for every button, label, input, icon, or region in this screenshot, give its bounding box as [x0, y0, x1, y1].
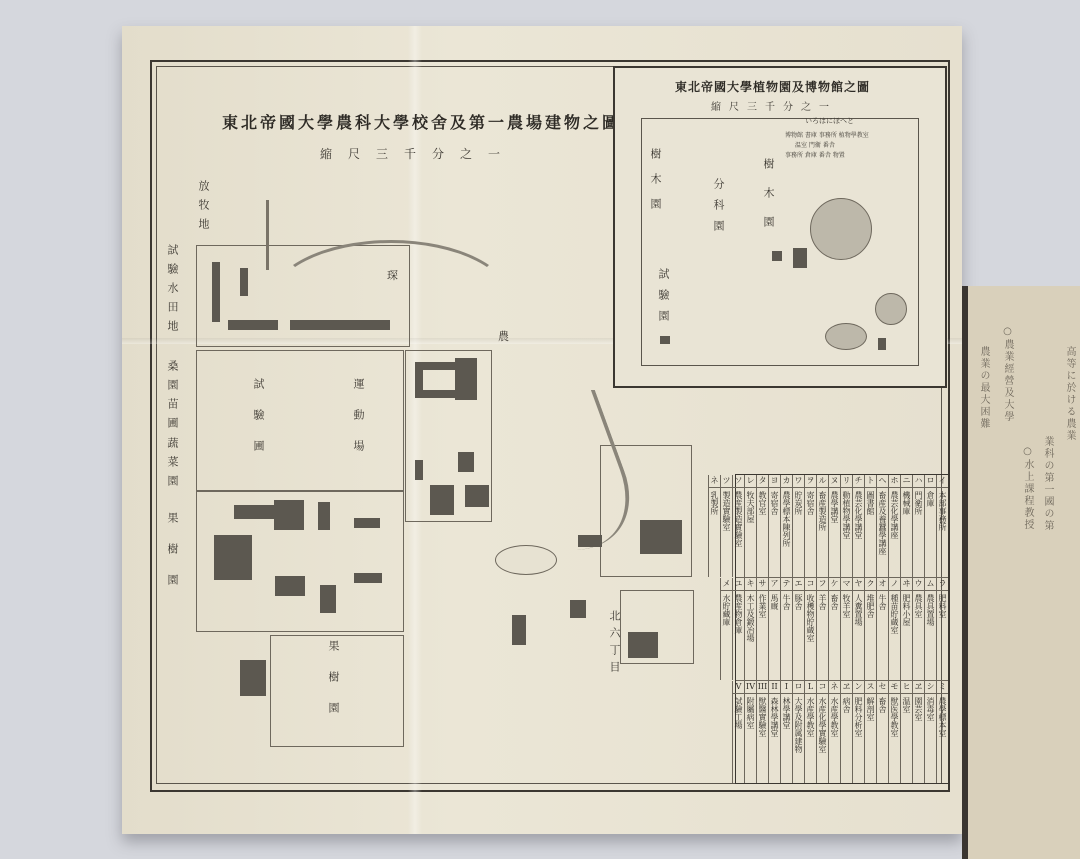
- inset-pond: [875, 293, 907, 325]
- legend-value: 水産化學實驗室: [817, 694, 828, 783]
- legend-value: 寄宿舎: [769, 488, 780, 577]
- legend-value: 消毒室: [925, 694, 936, 783]
- inset-map: 東北帝國大學植物園及博物館之圖 縮尺三千分之一 樹木園 分科園 試驗園 樹木園 …: [613, 66, 947, 388]
- building: [465, 485, 489, 507]
- label-test-garden: 試驗園: [655, 268, 671, 331]
- legend-value: 農芸化學講堂: [853, 488, 864, 577]
- legend-entry: ム農具置場: [924, 578, 936, 680]
- legend-key: III: [757, 681, 768, 694]
- legend-entry: ア馬廐: [768, 578, 780, 680]
- legend-entry: ヲ寄宿舎: [804, 475, 816, 577]
- legend-entry: キ木工及鍛冶場: [744, 578, 756, 680]
- legend-entry: セ畜舎: [876, 681, 888, 783]
- inset-pond: [825, 323, 867, 350]
- building: [234, 505, 274, 519]
- legend-key: セ: [877, 681, 888, 694]
- legend-value: 林學講堂: [781, 694, 792, 783]
- legend-key: ミ: [937, 681, 948, 694]
- canal: [266, 200, 269, 270]
- inset-building: [660, 336, 670, 344]
- legend-value: 農學標本陳列所: [781, 488, 792, 577]
- label-vegetable: 蔬菜園: [164, 437, 180, 494]
- building-legend-table: イ本部事務所ロ倉庫ハ門衛所ニ機械庫ホ農芸化學講座ヘ畜産及養蠶學講座ト圖書館チ農芸…: [735, 474, 949, 784]
- legend-row: ラ肥料室ム農具置場ウ農具室ヰ肥料小屋ノ種苗貯蔵室オ牛舎ク堆肥舎ヤ人糞置場マ牧羊室…: [736, 578, 948, 681]
- legend-value: 馬廐: [769, 591, 780, 680]
- right-page-text: 業科の第一國の第: [1040, 436, 1055, 816]
- legend-key: ソ: [733, 475, 744, 488]
- inset-legend-row: 博物館 書庫 事務所 植物學教室: [785, 130, 869, 139]
- legend-entry: V試驗工場: [732, 681, 744, 783]
- legend-value: 病舎: [841, 694, 852, 783]
- legend-entry: ヤ人糞置場: [852, 578, 864, 680]
- legend-entry: IV附屬病室: [744, 681, 756, 783]
- legend-value: 大學及附属建物: [793, 694, 804, 783]
- inset-scale: 縮尺三千分之一: [711, 98, 837, 113]
- legend-key: メ: [721, 578, 732, 591]
- legend-key: ノ: [889, 578, 900, 591]
- legend-entry: ヰ肥料小屋: [900, 578, 912, 680]
- legend-entry: ネ乳製所: [708, 475, 720, 577]
- legend-key: ヱ: [841, 681, 852, 694]
- legend-entry: レ牧夫部屋: [744, 475, 756, 577]
- legend-value: 木工及鍛冶場: [745, 591, 756, 680]
- building: [640, 520, 682, 554]
- label-arboretum-right: 樹木園: [760, 158, 776, 245]
- legend-key: ヱ: [913, 681, 924, 694]
- legend-entry: ハ門衛所: [912, 475, 924, 577]
- legend-value: 畜舎: [829, 591, 840, 680]
- legend-key: ロ: [793, 681, 804, 694]
- legend-value: 肥料室: [937, 591, 948, 680]
- label-mulberry: 桑園: [164, 360, 180, 398]
- inset-legend-kana: いろはにほへと: [805, 116, 854, 126]
- legend-value: 圖書館: [865, 488, 876, 577]
- legend-key: IV: [745, 681, 756, 694]
- legend-value: 水産學教室: [805, 694, 816, 783]
- legend-key: ニ: [901, 475, 912, 488]
- legend-key: テ: [781, 578, 792, 591]
- inset-building: [878, 338, 886, 350]
- legend-value: 農學標本室: [937, 694, 948, 783]
- legend-key: ス: [865, 681, 876, 694]
- legend-row: イ本部事務所ロ倉庫ハ門衛所ニ機械庫ホ農芸化學講座ヘ畜産及養蠶學講座ト圖書館チ農芸…: [736, 475, 948, 578]
- legend-value: 森林學講堂: [769, 694, 780, 783]
- inset-inner-frame: [641, 118, 919, 366]
- pond: [495, 545, 557, 575]
- legend-key: マ: [841, 578, 852, 591]
- legend-entry: コ收穫物貯蔵室: [804, 578, 816, 680]
- building: [240, 660, 266, 696]
- building: [240, 268, 248, 296]
- right-page-text: 農業の最大困難: [976, 346, 991, 646]
- legend-value: 解剖室: [865, 694, 876, 783]
- legend-key: ハ: [913, 475, 924, 488]
- legend-entry: ヱ園芸室: [912, 681, 924, 783]
- building: [354, 518, 380, 528]
- legend-entry: タ教官室: [756, 475, 768, 577]
- label-arboretum: 樹木園: [647, 148, 663, 223]
- legend-key: サ: [757, 578, 768, 591]
- inset-building: [772, 251, 782, 261]
- building: [228, 320, 278, 330]
- legend-key: コ: [817, 681, 828, 694]
- legend-value: 牛舎: [781, 591, 792, 680]
- legend-entry: ロ倉庫: [924, 475, 936, 577]
- legend-value: 人糞置場: [853, 591, 864, 680]
- legend-key: ラ: [937, 578, 948, 591]
- legend-key: ヘ: [877, 475, 888, 488]
- legend-entry: ワ貯炭所: [792, 475, 804, 577]
- building: [415, 362, 423, 398]
- inset-title: 東北帝國大學植物園及博物館之圖: [675, 78, 870, 95]
- legend-key: チ: [853, 475, 864, 488]
- legend-value: 牧羊室: [841, 591, 852, 680]
- legend-key: V: [733, 681, 744, 694]
- building: [290, 320, 390, 330]
- legend-value: 倉庫: [925, 488, 936, 577]
- legend-value: 農産物倉庫: [733, 591, 744, 680]
- legend-key: キ: [745, 578, 756, 591]
- book-right-page: 農業の最大困難 ○農業經營及大學 ○水上課程教授 業科の第一國の第 高等に於ける…: [962, 286, 1080, 859]
- legend-entry: コ水産化學實驗室: [816, 681, 828, 783]
- legend-entry: ク堆肥舎: [864, 578, 876, 680]
- legend-entry: ヱ病舎: [840, 681, 852, 783]
- legend-key: ネ: [829, 681, 840, 694]
- legend-key: ホ: [889, 475, 900, 488]
- legend-key: エ: [793, 578, 804, 591]
- label-paddy: 試驗水田地: [164, 244, 180, 339]
- building: [570, 600, 586, 618]
- legend-entry: テ牛舎: [780, 578, 792, 680]
- legend-key: シ: [925, 681, 936, 694]
- legend-value: 門衛所: [913, 488, 924, 577]
- legend-value: 作業室: [757, 591, 768, 680]
- inset-pond: [810, 198, 872, 260]
- legend-entry: ト圖書館: [864, 475, 876, 577]
- legend-entry: ネ水産學教室: [828, 681, 840, 783]
- legend-value: 收穫物貯蔵室: [805, 591, 816, 680]
- legend-value: 畜産製造所: [817, 488, 828, 577]
- legend-key: カ: [781, 475, 792, 488]
- legend-entry: イ本部事務所: [936, 475, 948, 577]
- legend-entry: リ動植物學講堂: [840, 475, 852, 577]
- legend-value: 畜舎: [877, 694, 888, 783]
- building: [628, 632, 658, 658]
- legend-key: ア: [769, 578, 780, 591]
- legend-key: ツ: [721, 475, 732, 488]
- legend-key: ヲ: [805, 475, 816, 488]
- legend-key: II: [769, 681, 780, 694]
- legend-row: ミ農學標本室シ消毒室ヱ園芸室ヒ温室モ獣医學教室セ畜舎ス解剖室ン肥料分析室ヱ病舎ネ…: [736, 681, 948, 783]
- plot-orchard: [270, 635, 404, 747]
- legend-key: ヤ: [853, 578, 864, 591]
- legend-entry: ル畜産製造所: [816, 475, 828, 577]
- map-title: 東北帝國大學農科大學校舍及第一農場建物之圖: [222, 110, 621, 133]
- plot-test-field: [196, 350, 404, 492]
- legend-entry: ノ種苗貯蔵室: [888, 578, 900, 680]
- canal: [268, 240, 514, 366]
- legend-key: ル: [817, 475, 828, 488]
- legend-value: 試驗工場: [733, 694, 744, 783]
- legend-entry: サ作業室: [756, 578, 768, 680]
- legend-entry: I林學講堂: [780, 681, 792, 783]
- legend-key: ウ: [913, 578, 924, 591]
- building: [320, 585, 336, 613]
- legend-key: ヌ: [829, 475, 840, 488]
- legend-key: L: [805, 681, 816, 694]
- legend-key: ヰ: [901, 578, 912, 591]
- building: [430, 485, 454, 515]
- legend-entry: ヒ温室: [900, 681, 912, 783]
- building: [212, 262, 220, 322]
- legend-key: コ: [805, 578, 816, 591]
- legend-entry: チ農芸化學講堂: [852, 475, 864, 577]
- legend-entry: L水産學教室: [804, 681, 816, 783]
- legend-value: 牛舎: [877, 591, 888, 680]
- label-nursery: 苗圃: [164, 398, 180, 436]
- legend-key: ケ: [829, 578, 840, 591]
- legend-key: レ: [745, 475, 756, 488]
- right-page-text: 高等に於ける農業: [1062, 346, 1077, 806]
- legend-value: 獣医學教室: [889, 694, 900, 783]
- legend-entry: オ牛舎: [876, 578, 888, 680]
- legend-value: 肥料小屋: [901, 591, 912, 680]
- legend-key: I: [781, 681, 792, 694]
- legend-key: オ: [877, 578, 888, 591]
- legend-entry: ミ農學標本室: [936, 681, 948, 783]
- label-pasture: 放牧地: [195, 180, 211, 237]
- legend-value: 肥料分析室: [853, 694, 864, 783]
- legend-entry: メ水貯藏庫: [720, 578, 732, 680]
- building: [274, 500, 304, 530]
- legend-entry: ロ大學及附属建物: [792, 681, 804, 783]
- right-page-text: ○農業經營及大學: [1000, 326, 1015, 746]
- building: [458, 452, 474, 472]
- legend-value: 農具室: [913, 591, 924, 680]
- legend-entry: ラ肥料室: [936, 578, 948, 680]
- legend-entry: マ牧羊室: [840, 578, 852, 680]
- legend-entry: モ獣医學教室: [888, 681, 900, 783]
- building: [354, 573, 382, 583]
- inset-legend-row: 事務所 倉庫 番舎 物置: [785, 150, 845, 159]
- legend-value: 貯炭所: [793, 488, 804, 577]
- legend-key: ム: [925, 578, 936, 591]
- legend-value: 製造實驗室: [721, 488, 732, 577]
- legend-value: 牧夫部屋: [745, 488, 756, 577]
- legend-entry: III獣醫實驗室: [756, 681, 768, 783]
- legend-key: ヨ: [769, 475, 780, 488]
- legend-key: タ: [757, 475, 768, 488]
- legend-entry: エ豚舎: [792, 578, 804, 680]
- building: [415, 460, 423, 480]
- legend-key: モ: [889, 681, 900, 694]
- legend-value: 温室: [901, 694, 912, 783]
- legend-entry: ス解剖室: [864, 681, 876, 783]
- legend-value: 羊舎: [817, 591, 828, 680]
- legend-value: 畜産及養蠶學講座: [877, 488, 888, 577]
- legend-value: 附屬病室: [745, 694, 756, 783]
- legend-entry: ツ製造實驗室: [720, 475, 732, 577]
- legend-value: 農産製造實驗室: [733, 488, 744, 577]
- legend-entry: ユ農産物倉庫: [732, 578, 744, 680]
- building: [578, 535, 602, 547]
- legend-key: ロ: [925, 475, 936, 488]
- building: [455, 358, 477, 400]
- building: [512, 615, 526, 645]
- legend-entry: フ羊舎: [816, 578, 828, 680]
- map-scale: 縮尺三千分之一: [320, 145, 516, 162]
- legend-entry: ケ畜舎: [828, 578, 840, 680]
- legend-key: ネ: [709, 475, 720, 488]
- legend-entry: カ農學標本陳列所: [780, 475, 792, 577]
- legend-value: 園芸室: [913, 694, 924, 783]
- legend-value: 堆肥舎: [865, 591, 876, 680]
- legend-key: ト: [865, 475, 876, 488]
- legend-key: ク: [865, 578, 876, 591]
- building: [214, 535, 252, 580]
- legend-entry: II森林學講堂: [768, 681, 780, 783]
- legend-key: リ: [841, 475, 852, 488]
- legend-value: 水産學教室: [829, 694, 840, 783]
- legend-value: 豚舎: [793, 591, 804, 680]
- legend-key: フ: [817, 578, 828, 591]
- legend-entry: ヨ寄宿舎: [768, 475, 780, 577]
- legend-value: 農芸化學講座: [889, 488, 900, 577]
- legend-entry: ヘ畜産及養蠶學講座: [876, 475, 888, 577]
- building: [318, 502, 330, 530]
- legend-value: 乳製所: [709, 488, 720, 577]
- building: [275, 576, 305, 596]
- legend-value: 機械庫: [901, 488, 912, 577]
- label-orchard: 果樹園: [164, 512, 180, 605]
- legend-key: ン: [853, 681, 864, 694]
- legend-value: 寄宿舎: [805, 488, 816, 577]
- legend-value: 水貯藏庫: [721, 591, 732, 680]
- legend-key: ユ: [733, 578, 744, 591]
- legend-entry: シ消毒室: [924, 681, 936, 783]
- legend-entry: ヌ農學講堂: [828, 475, 840, 577]
- inset-legend-row: 温室 門衛 番舎: [795, 140, 835, 149]
- legend-key: ヒ: [901, 681, 912, 694]
- legend-entry: ウ農具室: [912, 578, 924, 680]
- legend-value: 教官室: [757, 488, 768, 577]
- legend-value: 動植物學講堂: [841, 488, 852, 577]
- legend-value: 種苗貯蔵室: [889, 591, 900, 680]
- legend-entry: ン肥料分析室: [852, 681, 864, 783]
- legend-entry: ホ農芸化學講座: [888, 475, 900, 577]
- legend-value: 獣醫實驗室: [757, 694, 768, 783]
- label-systematic-garden: 分科園: [710, 178, 726, 241]
- legend-entry: ソ農産製造實驗室: [732, 475, 744, 577]
- legend-value: 農具置場: [925, 591, 936, 680]
- legend-key: イ: [937, 475, 948, 488]
- legend-entry: ニ機械庫: [900, 475, 912, 577]
- inset-building: [793, 248, 807, 268]
- legend-value: 農學講堂: [829, 488, 840, 577]
- legend-value: 本部事務所: [937, 488, 948, 577]
- right-page-text: ○水上課程教授: [1020, 446, 1035, 826]
- legend-key: ワ: [793, 475, 804, 488]
